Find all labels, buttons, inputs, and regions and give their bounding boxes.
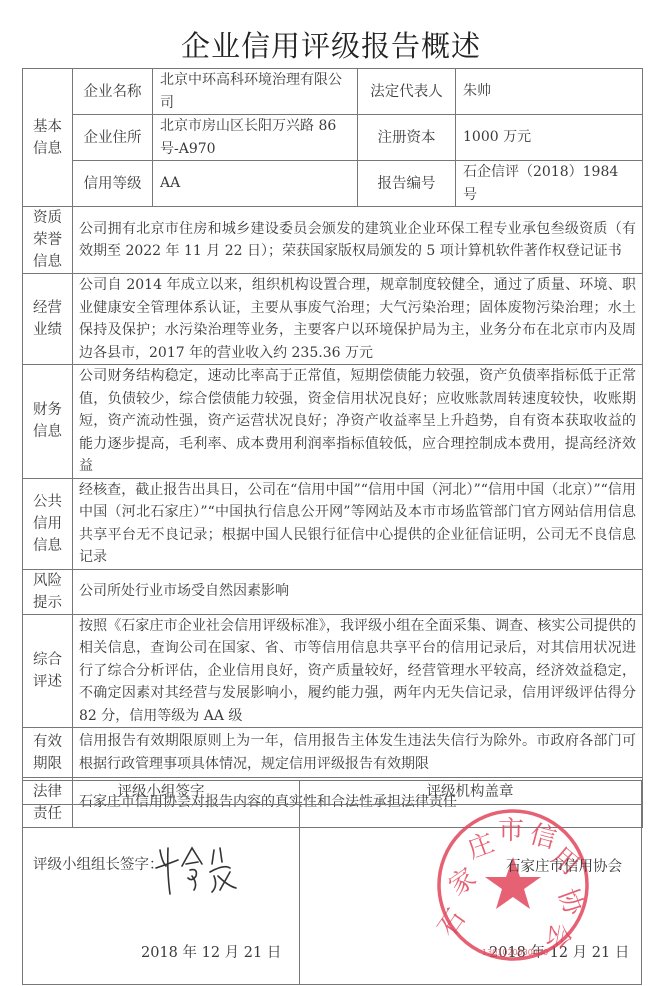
svg-text:市: 市 — [498, 816, 524, 846]
section-label-basic-info: 基本信息 — [23, 69, 73, 207]
value-company-name: 北京中环高科环境治理有限公司 — [153, 69, 358, 115]
official-seal-stamp: 石 家 庄 市 信 用 协 会 1301020030430 — [434, 805, 592, 965]
team-leader-signature-label: 评级小组组长签字： — [33, 853, 164, 874]
label-company-name: 企业名称 — [73, 69, 153, 115]
section-label: 财务信息 — [23, 365, 73, 479]
section-label: 资质荣誉信息 — [23, 207, 73, 274]
svg-text:庄: 庄 — [464, 828, 499, 865]
section-row: 公共信用信息 经核查，截止报告出具日，公司在“信用中国”“信用中国（河北）”“信… — [23, 478, 643, 569]
section-text: 公司财务结构稳定，速动比率高于正常值，短期偿债能力较强，资产负债率指标低于正常值… — [73, 365, 643, 479]
section-row: 经营业绩 公司自 2014 年成立以来，组织机构设置合理，规章制度较健全，通过了… — [23, 274, 643, 365]
section-text: 信用报告有效期限原则上为一年，信用报告主体发生违法失信行为除外。市政府各部门可根… — [73, 728, 643, 778]
rating-org-seal-header: 评级机构盖章 — [299, 781, 641, 805]
svg-text:石: 石 — [434, 904, 472, 943]
page-title: 企业信用评级报告概述 — [0, 24, 662, 65]
handwritten-signature — [152, 842, 262, 902]
svg-text:信: 信 — [527, 819, 560, 855]
section-label: 风险提示 — [23, 569, 73, 614]
section-row: 有效期限 信用报告有效期限原则上为一年，信用报告主体发生违法失信行为除外。市政府… — [23, 728, 643, 778]
divider — [299, 804, 300, 985]
basic-row-address: 企业住所 北京市房山区长阳万兴路 86号-A970 注册资本 1000 万元 — [23, 115, 643, 161]
basic-row-company-name: 基本信息 企业名称 北京中环高科环境治理有限公司 法定代表人 朱帅 — [23, 69, 643, 115]
label-legal-rep: 法定代表人 — [358, 69, 456, 115]
value-registered-capital: 1000 万元 — [456, 115, 643, 161]
section-text: 经核查，截止报告出具日，公司在“信用中国”“信用中国（河北）”“信用中国（北京）… — [73, 478, 643, 569]
svg-text:协: 协 — [552, 885, 589, 921]
label-address: 企业住所 — [73, 115, 153, 161]
svg-text:家: 家 — [444, 863, 483, 902]
label-report-number: 报告编号 — [358, 161, 456, 207]
section-label: 综合评述 — [23, 614, 73, 728]
section-row: 综合评述 按照《石家庄市企业社会信用评级标准》，我评级小组在全面采集、调查、核实… — [23, 614, 643, 728]
section-text: 公司所处行业市场受自然因素影响 — [73, 569, 643, 614]
section-row: 财务信息 公司财务结构稳定，速动比率高于正常值，短期偿债能力较强，资产负债率指标… — [23, 365, 643, 479]
value-credit-level: AA — [153, 161, 358, 207]
value-legal-rep: 朱帅 — [456, 69, 643, 115]
section-label: 有效期限 — [23, 728, 73, 778]
section-text: 按照《石家庄市企业社会信用评级标准》，我评级小组在全面采集、调查、核实公司提供的… — [73, 614, 643, 728]
rating-team-signature-header: 评级小组签字 — [23, 781, 300, 805]
label-credit-level: 信用等级 — [73, 161, 153, 207]
section-row: 资质荣誉信息 公司拥有北京市住房和城乡建设委员会颁发的建筑业企业环保工程专业承包… — [23, 207, 643, 274]
report-table: 基本信息 企业名称 北京中环高科环境治理有限公司 法定代表人 朱帅 企业住所 北… — [22, 68, 643, 828]
svg-text:会: 会 — [541, 921, 575, 952]
value-report-number: 石企信评（2018）1984 号 — [456, 161, 643, 207]
svg-text:1301020030430: 1301020030430 — [482, 948, 548, 957]
value-address: 北京市房山区长阳万兴路 86号-A970 — [153, 115, 358, 161]
section-text: 公司自 2014 年成立以来，组织机构设置合理，规章制度较健全，通过了质量、环境… — [73, 274, 643, 365]
rating-org-name: 石家庄市信用协会 — [506, 855, 622, 876]
label-registered-capital: 注册资本 — [358, 115, 456, 161]
section-label: 公共信用信息 — [23, 478, 73, 569]
section-row: 风险提示 公司所处行业市场受自然因素影响 — [23, 569, 643, 614]
section-text: 公司拥有北京市住房和城乡建设委员会颁发的建筑业企业环保工程专业承包叁级资质（有效… — [73, 207, 643, 274]
basic-row-credit-level: 信用等级 AA 报告编号 石企信评（2018）1984 号 — [23, 161, 643, 207]
section-label: 经营业绩 — [23, 274, 73, 365]
left-date: 2018 年 12 月 21 日 — [141, 941, 281, 962]
